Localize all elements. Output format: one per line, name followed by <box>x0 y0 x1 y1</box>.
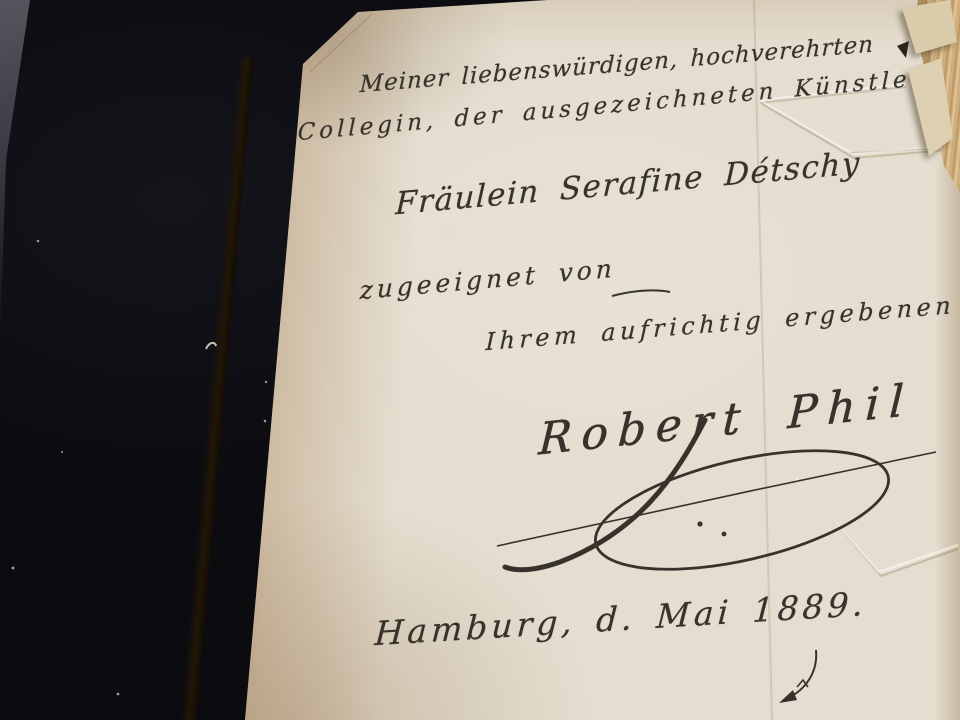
photo-book-dedication: Meiner liebenswürdigen, hochverehrten Co… <box>0 0 960 720</box>
torn-flap-shadow-wrap <box>0 0 960 720</box>
torn-paper-flap-folded <box>0 0 960 720</box>
